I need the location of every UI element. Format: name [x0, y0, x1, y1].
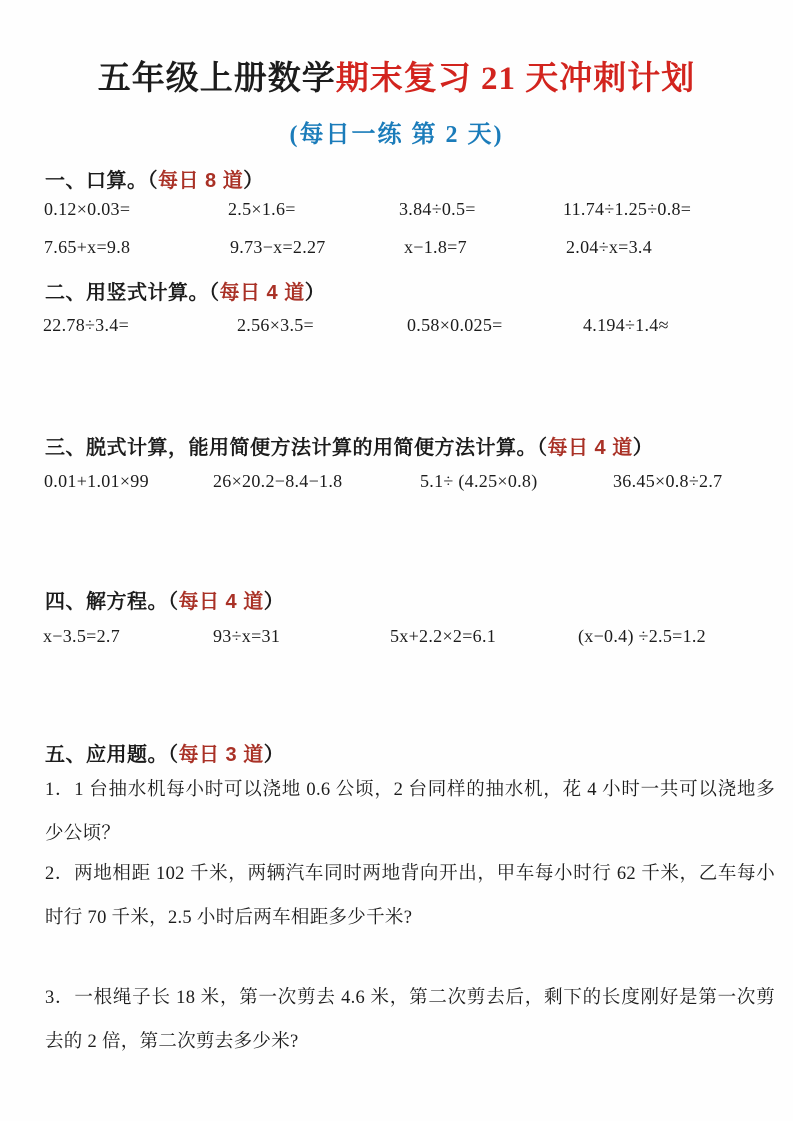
section-3-title: 三、脱式计算，能用简便方法计算的用简便方法计算。: [45, 437, 537, 459]
equation-s3-c3: 5.1÷ (4.25×0.8): [420, 471, 538, 492]
equation-s3-c2: 26×20.2−8.4−1.8: [213, 471, 342, 492]
section-1-header: 一、口算。（每日 8 道）: [45, 164, 264, 193]
word-problem-2: 2．两地相距 102 千米，两辆汽车同时两地背向开出，甲车每小时行 62 千米，…: [45, 852, 775, 940]
page-title: 五年级上册数学期末复习 21 天冲刺计划: [0, 52, 793, 99]
equation-s2-c2: 2.56×3.5=: [237, 315, 314, 336]
word-problem-3: 3．一根绳子长 18 米，第一次剪去 4.6 米，第二次剪去后，剩下的长度刚好是…: [45, 976, 775, 1064]
equation-s1-r2-c3: x−1.8=7: [404, 237, 467, 258]
paren-open: （: [168, 744, 179, 766]
equation-s4-c2: 93÷x=31: [213, 626, 280, 647]
equation-s2-c4: 4.194÷1.4≈: [583, 315, 669, 336]
section-1-title: 一、口算。: [45, 170, 148, 192]
equation-s2-c3: 0.58×0.025=: [407, 315, 503, 336]
paren-close: ）: [264, 591, 285, 613]
paren-open: （: [148, 170, 159, 192]
paren-close: ）: [243, 170, 264, 192]
word-problem-1: 1．1 台抽水机每小时可以浇地 0.6 公顷，2 台同样的抽水机，花 4 小时一…: [45, 768, 775, 856]
section-2-daily-count: 每日 4 道: [220, 282, 305, 304]
equation-s3-c1: 0.01+1.01×99: [44, 471, 149, 492]
equation-s1-r1-c4: 11.74÷1.25÷0.8=: [563, 199, 691, 220]
paren-close: ）: [305, 282, 326, 304]
page-subtitle: (每日一练 第 2 天): [0, 114, 793, 149]
section-3-header: 三、脱式计算，能用简便方法计算的用简便方法计算。（每日 4 道）: [45, 431, 653, 460]
section-5-daily-count: 每日 3 道: [179, 744, 264, 766]
equation-s1-r1-c2: 2.5×1.6=: [228, 199, 296, 220]
section-2-title: 二、用竖式计算。: [45, 282, 209, 304]
paren-open: （: [209, 282, 220, 304]
equation-s1-r1-c1: 0.12×0.03=: [44, 199, 130, 220]
section-4-header: 四、解方程。（每日 4 道）: [45, 585, 284, 614]
equation-s1-r1-c3: 3.84÷0.5=: [399, 199, 476, 220]
paren-open: （: [537, 437, 548, 459]
equation-s4-c4: (x−0.4) ÷2.5=1.2: [578, 626, 706, 647]
equation-s4-c3: 5x+2.2×2=6.1: [390, 626, 496, 647]
section-5-title: 五、应用题。: [45, 744, 168, 766]
equation-s2-c1: 22.78÷3.4=: [43, 315, 129, 336]
title-course-part: 五年级上册数学: [98, 61, 336, 97]
paren-close: ）: [264, 744, 285, 766]
equation-s4-c1: x−3.5=2.7: [43, 626, 120, 647]
section-3-daily-count: 每日 4 道: [548, 437, 633, 459]
equation-s1-r2-c2: 9.73−x=2.27: [230, 237, 326, 258]
paren-open: （: [168, 591, 179, 613]
paren-close: ）: [633, 437, 654, 459]
section-4-title: 四、解方程。: [45, 591, 168, 613]
equation-s1-r2-c4: 2.04÷x=3.4: [566, 237, 652, 258]
section-5-header: 五、应用题。（每日 3 道）: [45, 738, 284, 767]
section-4-daily-count: 每日 4 道: [179, 591, 264, 613]
equation-s1-r2-c1: 7.65+x=9.8: [44, 237, 130, 258]
equation-s3-c4: 36.45×0.8÷2.7: [613, 471, 722, 492]
title-plan-part: 期末复习 21 天冲刺计划: [336, 61, 696, 97]
section-1-daily-count: 每日 8 道: [158, 170, 243, 192]
worksheet-page: 五年级上册数学期末复习 21 天冲刺计划 (每日一练 第 2 天) 一、口算。（…: [0, 0, 793, 1121]
section-2-header: 二、用竖式计算。（每日 4 道）: [45, 276, 325, 305]
